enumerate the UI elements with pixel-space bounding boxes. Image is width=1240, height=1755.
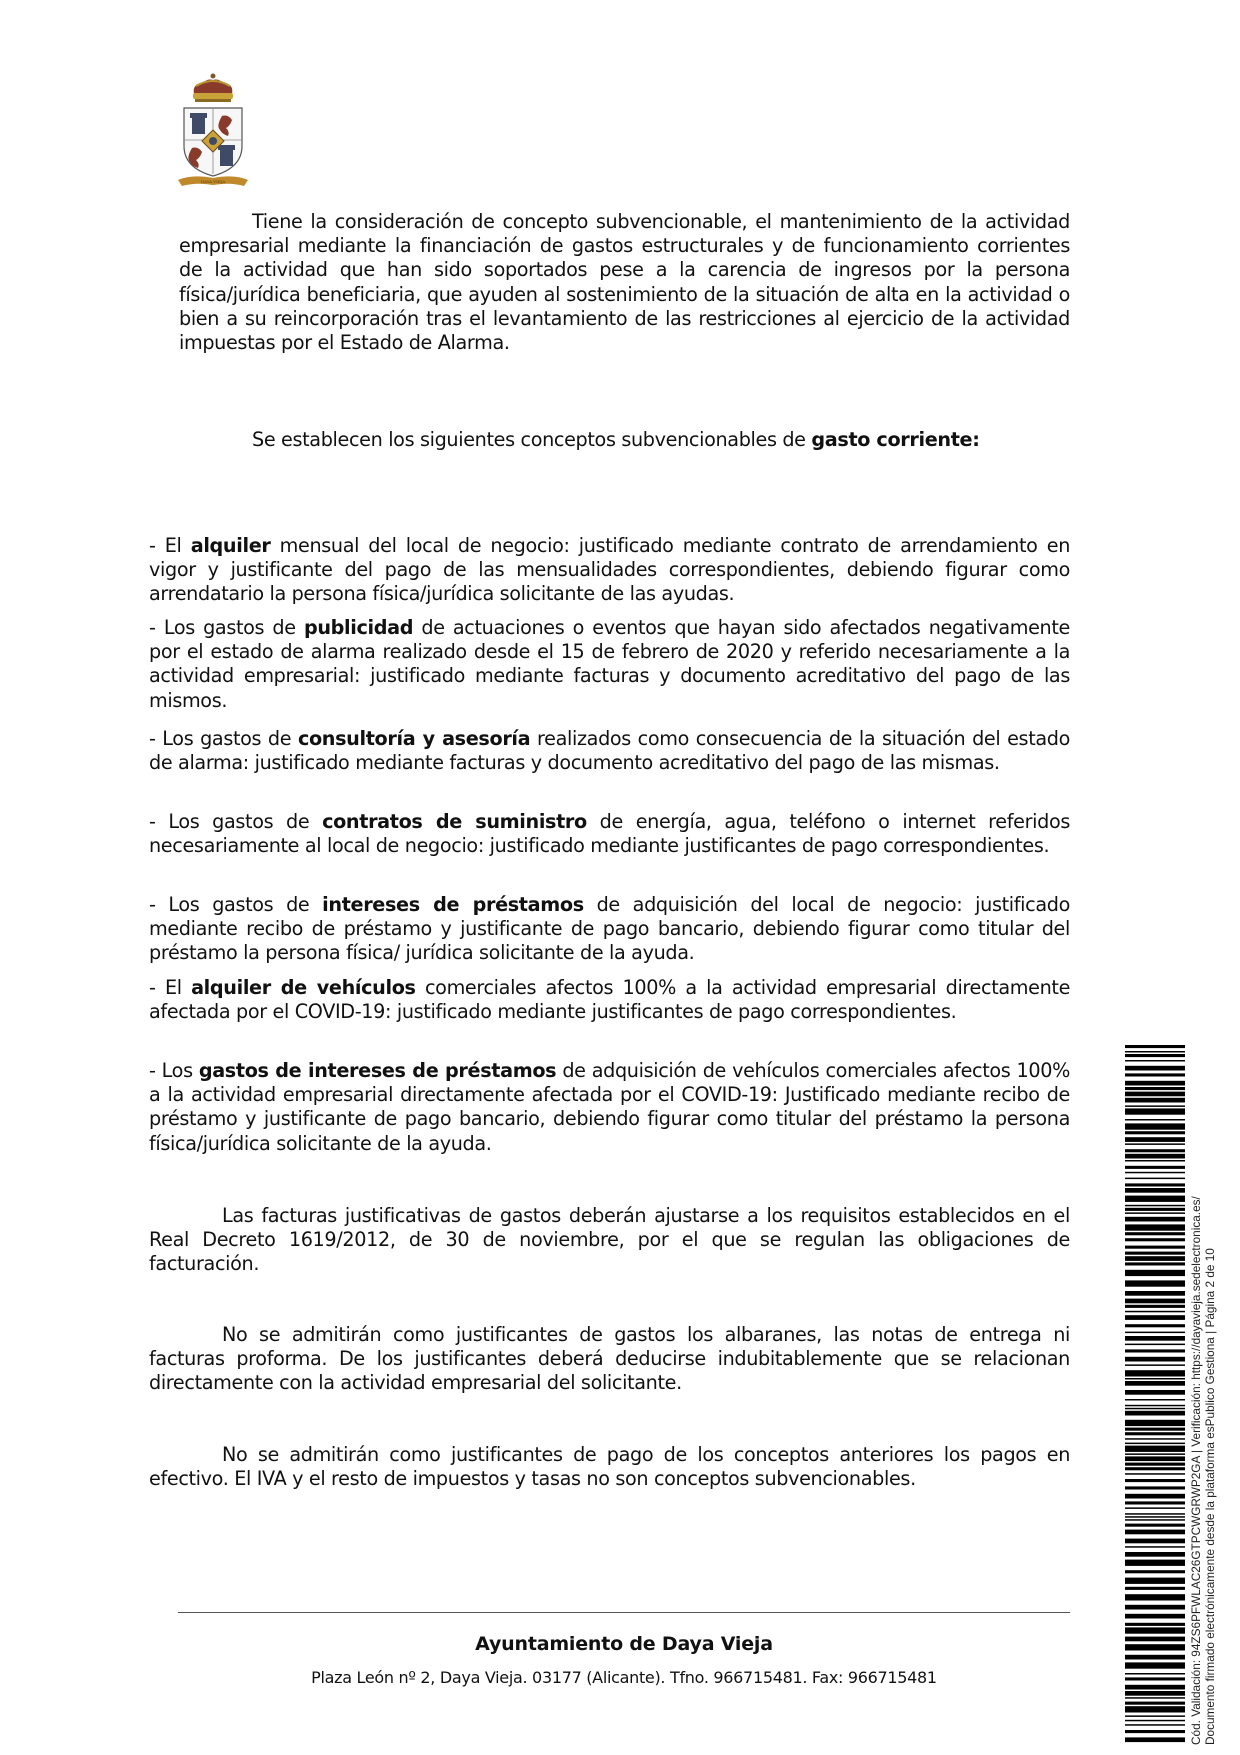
svg-text:DAYA VIEJA: DAYA VIEJA xyxy=(201,179,225,184)
item-keyword: contratos de suministro xyxy=(322,810,587,833)
footer-title: Ayuntamiento de Daya Vieja xyxy=(178,1633,1070,1655)
list-item: - El alquiler de vehículos comerciales a… xyxy=(149,976,1070,1024)
item-prefix: - El xyxy=(149,976,191,999)
concepts-intro-bold: gasto corriente: xyxy=(811,428,979,451)
list-item: - Los gastos de contratos de suministro … xyxy=(149,810,1070,858)
item-prefix: - Los xyxy=(149,1059,199,1082)
barcode-icon xyxy=(1125,1045,1185,1745)
not-admitted-expenses-paragraph: No se admitirán como justificantes de ga… xyxy=(149,1323,1070,1396)
validation-code-line: Cód. Validación: 94ZS6PFWLAC26GTPCWGRWP2… xyxy=(1190,1196,1204,1745)
concepts-intro-paragraph: Se establecen los siguientes conceptos s… xyxy=(179,428,1070,452)
list-item: - El alquiler mensual del local de negoc… xyxy=(149,534,1070,607)
invoices-paragraph: Las facturas justificativas de gastos de… xyxy=(149,1204,1070,1277)
item-prefix: - Los gastos de xyxy=(149,893,322,916)
list-item: - Los gastos de consultoría y asesoría r… xyxy=(149,727,1070,775)
item-prefix: - Los gastos de xyxy=(149,727,298,750)
item-keyword: publicidad xyxy=(304,616,413,639)
list-item: - Los gastos de publicidad de actuacione… xyxy=(149,616,1070,713)
item-text: mensual del local de negocio: justificad… xyxy=(149,534,1070,605)
list-item: - Los gastos de intereses de préstamos d… xyxy=(149,893,1070,966)
item-prefix: - Los gastos de xyxy=(149,810,322,833)
coat-of-arms-icon: DAYA VIEJA xyxy=(172,72,254,188)
signature-platform-line: Documento firmado electrónicamente desde… xyxy=(1204,1196,1218,1745)
list-item: - Los gastos de intereses de préstamos d… xyxy=(149,1059,1070,1156)
item-keyword: gastos de intereses de préstamos xyxy=(199,1059,556,1082)
item-prefix: - El xyxy=(149,534,191,557)
concepts-intro-text: Se establecen los siguientes conceptos s… xyxy=(252,428,811,451)
footer-address: Plaza León nº 2, Daya Vieja. 03177 (Alic… xyxy=(178,1668,1070,1687)
footer-divider xyxy=(178,1612,1070,1613)
item-keyword: consultoría y asesoría xyxy=(298,727,530,750)
item-keyword: alquiler de vehículos xyxy=(191,976,416,999)
validation-sidebar: Cód. Validación: 94ZS6PFWLAC26GTPCWGRWP2… xyxy=(1190,1196,1217,1745)
item-prefix: - Los gastos de xyxy=(149,616,304,639)
item-keyword: intereses de préstamos xyxy=(322,893,584,916)
document-page: DAYA VIEJA Tiene la consideración de con… xyxy=(0,0,1240,1755)
intro-paragraph: Tiene la consideración de concepto subve… xyxy=(179,210,1070,355)
item-keyword: alquiler xyxy=(191,534,271,557)
not-admitted-payments-paragraph: No se admitirán como justificantes de pa… xyxy=(149,1443,1070,1491)
